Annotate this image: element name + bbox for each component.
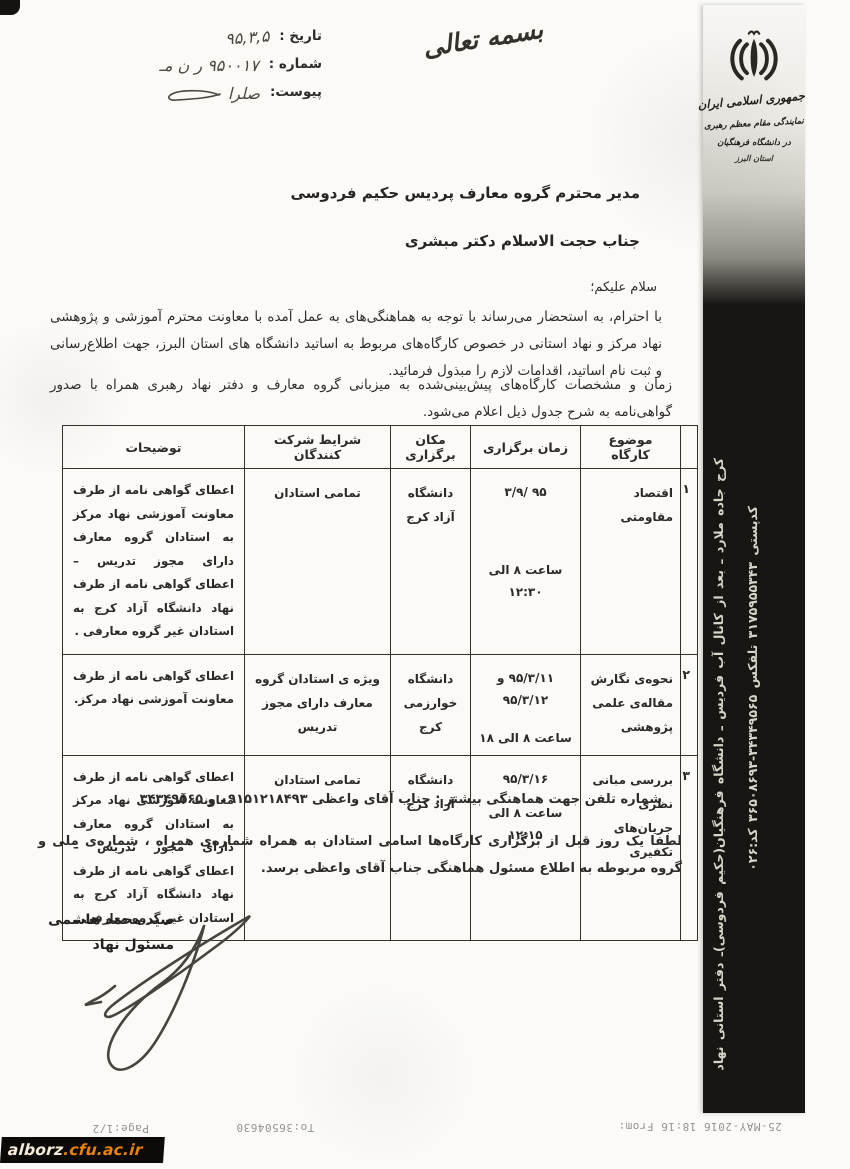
row1-time: ۹۵ /۳/۹ ساعت ۸ الی ۱۲:۳۰ [471, 469, 581, 655]
number-label: شماره : [269, 56, 322, 72]
addressee-line1: مدیر محترم گروه معارف پردیس حکیم فردوسی [291, 184, 641, 202]
row2-date: ۹۵/۳/۱۱ و ۹۵/۳/۱۲ [497, 671, 554, 707]
number-value-handwritten: ۹۵۰۰۱۷ ر ن مـ [159, 56, 259, 75]
row2-number: ۲ [681, 654, 698, 755]
meta-row-date: تاریخ : ۹۵,۳,۵ [96, 28, 322, 47]
salutation: سلام علیکم؛ [590, 280, 657, 295]
body-paragraph-2: زمان و مشخصات کارگاه‌های پیش‌بینی‌شده به… [50, 372, 672, 426]
row1-date: ۹۵ /۳/۹ [504, 485, 546, 499]
bismillah-calligraphy: بسمه تعالی [407, 12, 560, 64]
letterhead-country: جمهوری اسلامی ایران [703, 89, 806, 112]
row3-number: ۳ [681, 755, 698, 941]
letterhead-org-line3: استان البرز [703, 154, 805, 163]
scan-artifact-corner [0, 0, 20, 15]
date-value-handwritten: ۹۵,۳,۵ [224, 26, 270, 48]
attachment-scribble [164, 86, 222, 104]
letterhead-codes-vertical: کدپستی ۳۱۷۵۹۵۵۳۴۳ تلفکس ۳۴۳۴۹۵۶۵-۳۶۵۰۸۶۹… [745, 506, 760, 1106]
row1-topic: اقتصاد مقاومتی [581, 469, 681, 655]
row1-notes: اعطای گواهی نامه از طرف معاونت آموزشی نه… [63, 469, 245, 655]
letter-meta-block: تاریخ : ۹۵,۳,۵ شماره : ۹۵۰۰۱۷ ر ن مـ پیو… [96, 28, 322, 113]
scanned-letter-page: بسمه تعالی تاریخ : ۹۵,۳,۵ شماره : ۹۵۰۰۱۷… [0, 0, 850, 1169]
watermark-prefix: alborz [7, 1141, 64, 1159]
table-row: ۱ اقتصاد مقاومتی ۹۵ /۳/۹ ساعت ۸ الی ۱۲:۳… [63, 469, 698, 655]
attachment-label: پیوست: [270, 84, 322, 100]
col-header-place: مکان برگزاری [391, 426, 471, 469]
row2-notes: اعطای گواهی نامه از طرف معاونت آموزشی نه… [63, 654, 245, 755]
col-header-conditions: شرایط شرکت کنندگان [245, 426, 391, 469]
row3-date: ۹۵/۳/۱۶ [503, 772, 548, 786]
col-header-topic: موضوع کارگاه [581, 426, 681, 469]
fax-header-to: To:36504630 [236, 1121, 314, 1134]
fax-header-from: 25-MAY-2016 18:16 From: [618, 1120, 782, 1133]
letterhead-org-line2: در دانشگاه فرهنگیان [703, 138, 805, 148]
row2-conditions: ویژه ی استادان گروه معارف دارای مجوز تدر… [245, 654, 391, 755]
row2-time: ۹۵/۳/۱۱ و ۹۵/۳/۱۲ ساعت ۸ الی ۱۸ [471, 654, 581, 755]
signature-scribble [82, 902, 272, 1087]
attachment-value-handwritten: صلرا [228, 84, 260, 103]
meta-row-attachment: پیوست: صلرا [96, 84, 322, 104]
row1-number: ۱ [681, 469, 698, 655]
coordination-phone-line: شماره تلفن جهت هماهنگی بیشتر : جناب آقای… [140, 792, 662, 807]
pre-workshop-note: لطفا یک روز قبل از برگزاری کارگاه‌ها اسا… [38, 828, 682, 882]
table-row: ۲ نحوه‌ی نگارش مقاله‌ی علمی پژوهشی ۹۵/۳/… [63, 654, 698, 755]
watermark-suffix: .cfu.ac.ir [63, 1141, 144, 1159]
row1-hours: ساعت ۸ الی ۱۲:۳۰ [478, 559, 573, 603]
letterhead-address-vertical: کرج جاده ملارد ـ بعد از کانال آب فردیس ـ… [711, 458, 726, 1106]
col-header-notes: توضیحات [63, 426, 245, 469]
site-watermark: alborz.cfu.ac.ir [0, 1137, 165, 1163]
fax-header-page: Page:1/2 [92, 1122, 149, 1135]
row1-place: دانشگاه آزاد کرج [391, 469, 471, 655]
date-label: تاریخ : [279, 28, 322, 44]
col-header-time: زمان برگزاری [471, 426, 581, 469]
row2-hours: ساعت ۸ الی ۱۸ [478, 727, 573, 749]
iran-emblem-icon [726, 29, 782, 91]
meta-row-number: شماره : ۹۵۰۰۱۷ ر ن مـ [96, 56, 322, 75]
row2-topic: نحوه‌ی نگارش مقاله‌ی علمی پژوهشی [581, 654, 681, 755]
row2-place: دانشگاه خوارزمی کرج [391, 654, 471, 755]
letterhead-org-line1: نمایندگی مقام معظم رهبری [703, 116, 805, 131]
letterhead-top: جمهوری اسلامی ایران نمایندگی مقام معظم ر… [703, 5, 805, 305]
table-header-row: موضوع کارگاه زمان برگزاری مکان برگزاری ش… [63, 426, 698, 469]
row1-conditions: تمامی استادان [245, 469, 391, 655]
addressee-line2: جناب حجت الاسلام دکتر مبشری [405, 232, 640, 250]
col-header-row-number [681, 426, 698, 469]
